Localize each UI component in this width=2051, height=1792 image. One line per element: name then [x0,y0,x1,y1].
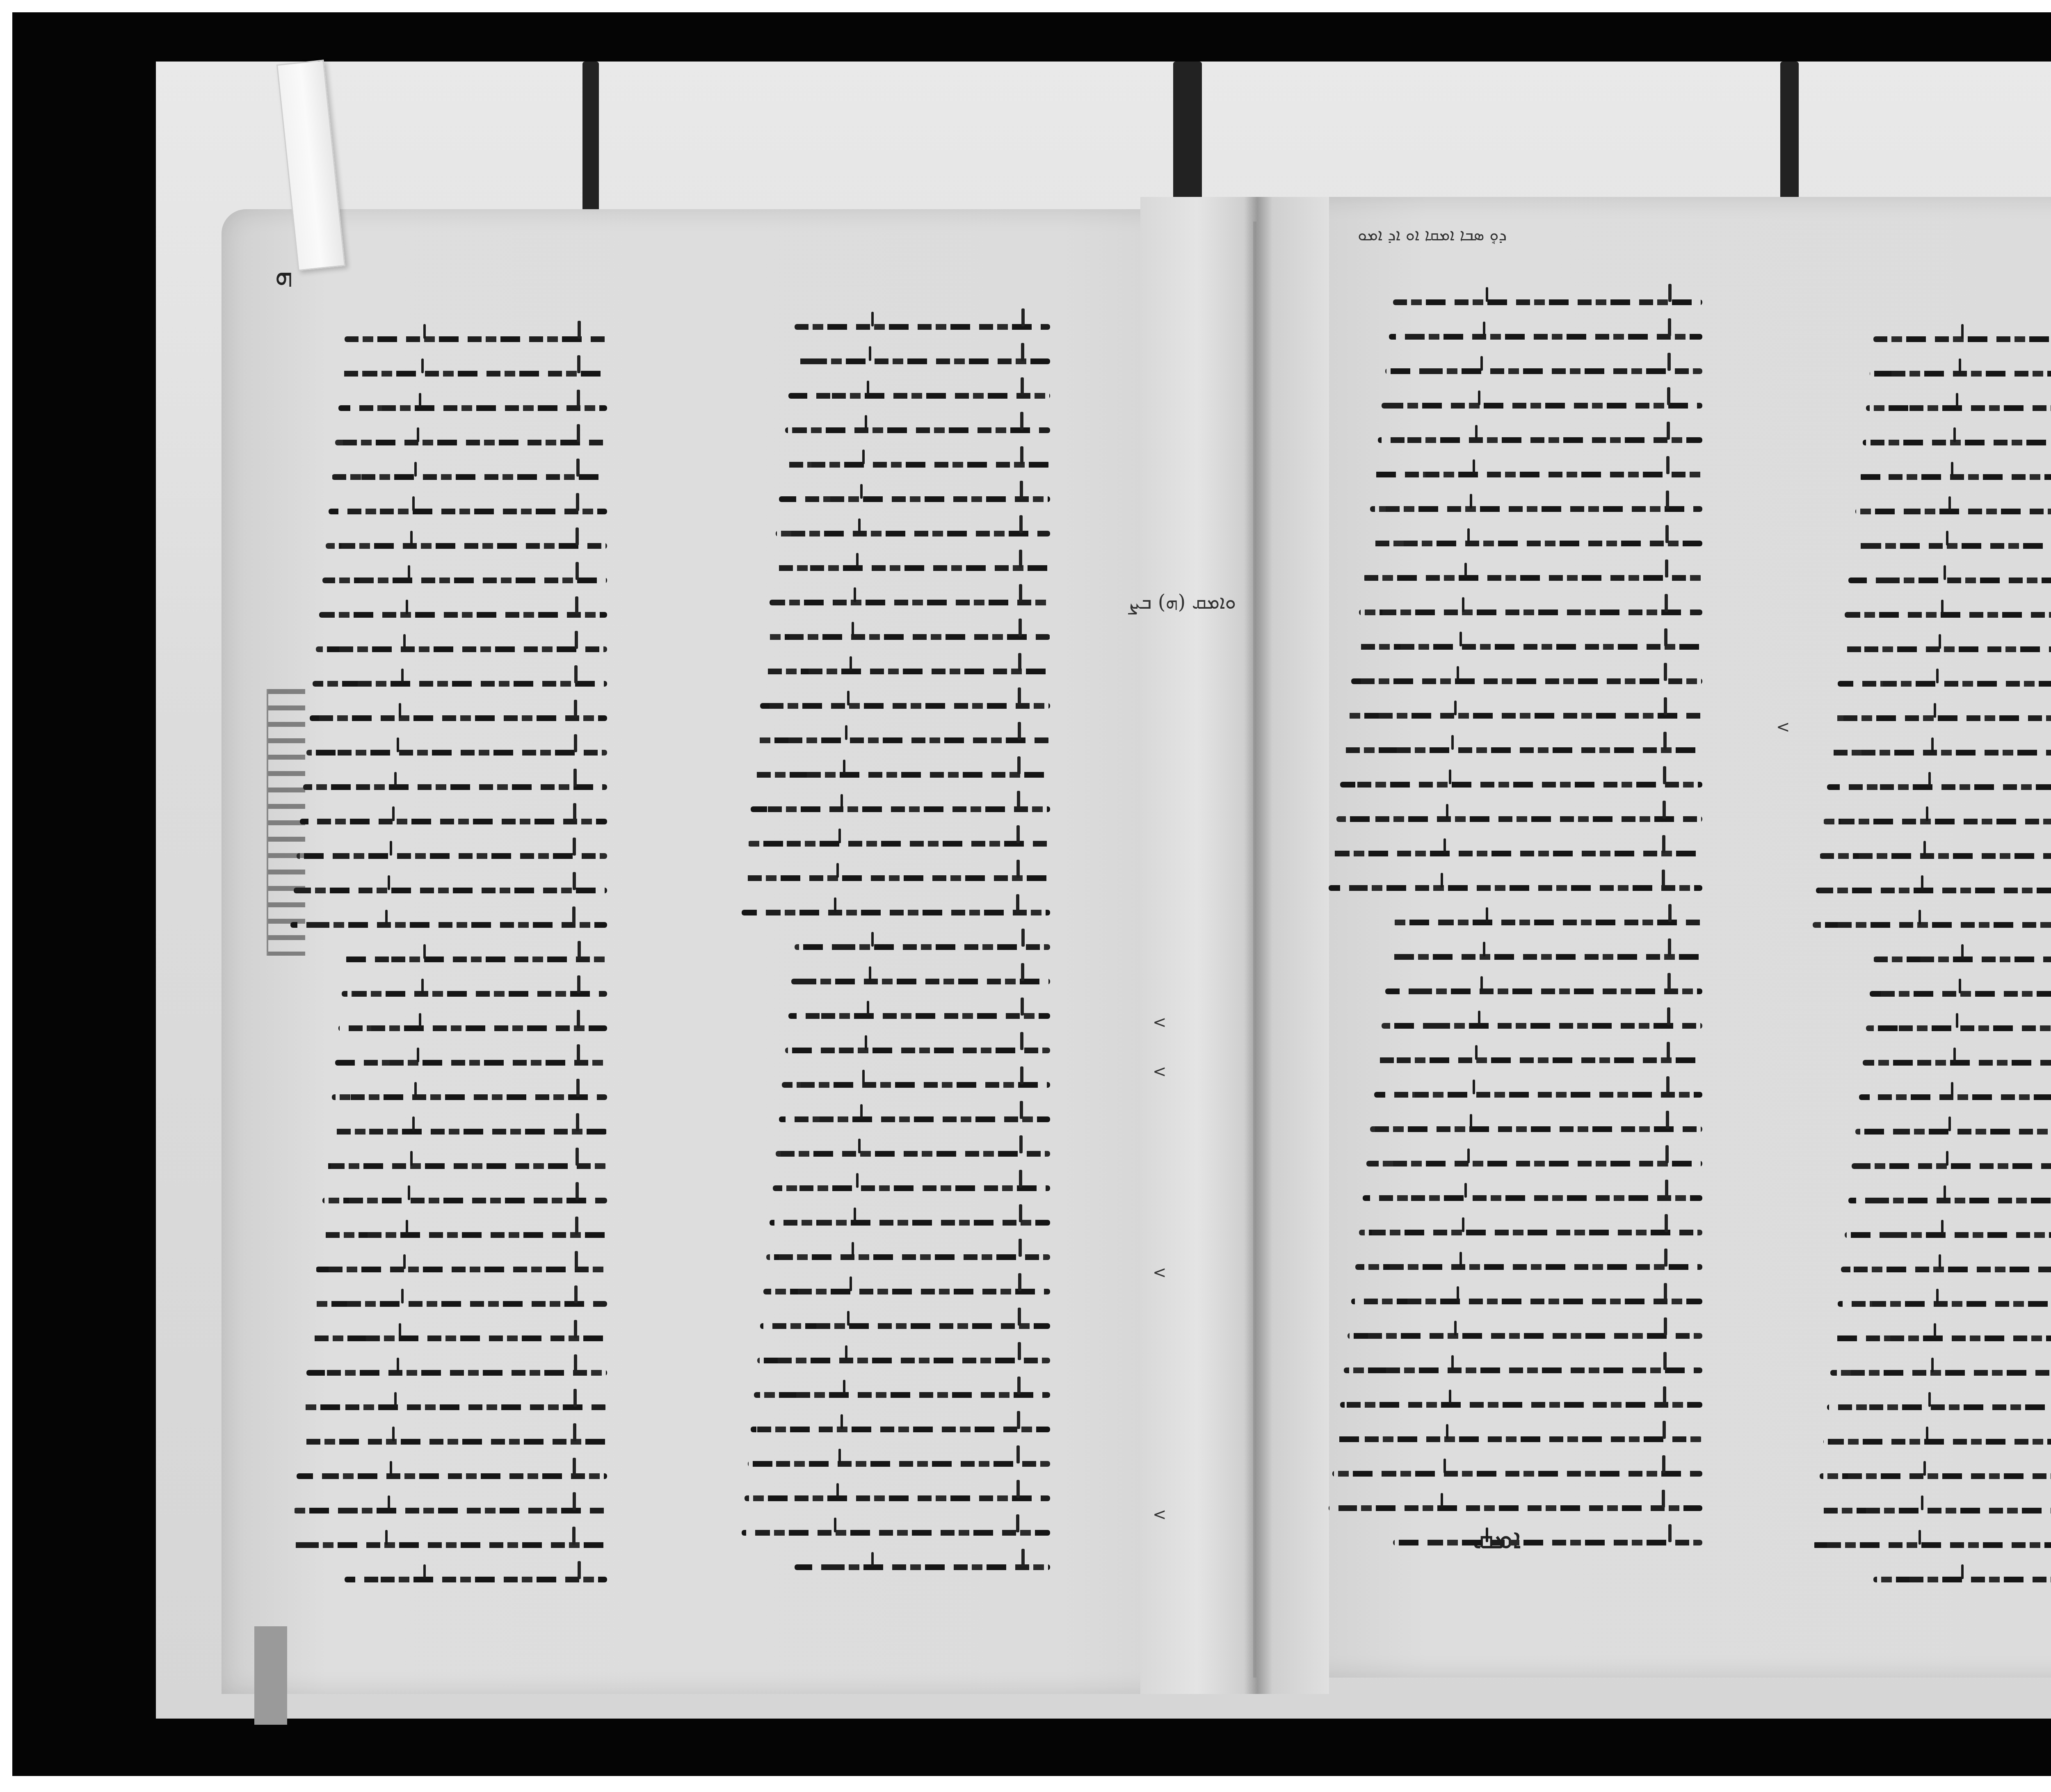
script-line [1370,1126,1702,1132]
script-line [1385,368,1702,374]
script-line [310,715,607,721]
script-line [1363,1195,1702,1201]
script-line [313,1301,607,1307]
script-line [1329,885,1702,891]
script-line [322,578,607,583]
script-line [342,991,607,997]
script-line [751,1427,1050,1432]
script-line [1389,334,1702,340]
script-line [300,1439,607,1445]
script-line [1348,1333,1702,1339]
script-line [795,324,1050,330]
script-line [754,1392,1050,1398]
script-line [1813,922,2051,928]
script-line [1870,991,2051,997]
script-line [788,393,1050,399]
script-line [310,1335,607,1341]
script-line [757,1358,1050,1363]
script-line [1827,1404,2051,1410]
script-line [1329,1505,1702,1511]
script-line [1366,541,1702,546]
script-line [751,806,1050,812]
marginal-chevron: < [1153,1062,1167,1081]
script-line [776,1151,1050,1157]
script-line [795,944,1050,950]
script-line [290,922,607,928]
left-folio-mark: ܗ [275,258,293,292]
script-line [763,669,1050,674]
script-line [1873,336,2051,342]
script-line [313,681,607,687]
script-line [1359,1230,1702,1235]
script-line [1366,1161,1702,1167]
script-line [779,1116,1050,1122]
script-line [1852,543,2051,549]
script-line [1385,988,1702,994]
script-line [332,474,607,480]
script-line [1863,440,2051,445]
script-line [1336,816,1702,822]
script-line [329,509,607,514]
text-column [1325,299,1702,1574]
script-line [748,1461,1050,1467]
script-line [1378,437,1702,443]
script-line [297,1473,607,1479]
script-line [1859,474,2051,480]
script-line [782,462,1050,468]
script-line [338,1025,607,1031]
script-line [1816,888,2051,893]
script-line [300,819,607,824]
script-line [303,784,607,790]
script-line [1348,713,1702,719]
script-line [1830,750,2051,756]
script-line [306,1370,607,1376]
script-line [345,956,607,962]
script-line [773,565,1050,571]
script-line [338,405,607,411]
left-margin-note: ܘܐܡܩ (ܗ) ܒܨ [1128,591,1236,614]
script-line [1841,1267,2051,1272]
script-line [306,750,607,756]
script-line [1813,1542,2051,1548]
script-line [1374,1092,1702,1098]
script-line [332,1094,607,1100]
script-line [316,1267,607,1272]
script-line [1827,784,2051,790]
script-line [1374,472,1702,477]
script-line [1370,506,1702,512]
script-line [335,440,607,445]
script-line [1340,782,1702,788]
script-line [290,1542,607,1548]
script-line [1873,1577,2051,1582]
script-line [1351,678,1702,684]
script-line [766,1254,1050,1260]
script-line [1845,612,2051,618]
script-line [1845,1232,2051,1238]
script-line [1834,715,2051,721]
marginal-chevron: < [1153,1013,1167,1032]
script-line [1830,1370,2051,1376]
script-line [770,600,1050,605]
script-line [1393,1540,1702,1545]
script-line [1866,405,2051,411]
script-line [319,612,607,618]
script-line [326,543,607,549]
text-column [1809,336,2051,1611]
marginal-chevron: < [1153,1505,1167,1524]
script-line [779,496,1050,502]
script-line [1866,1025,2051,1031]
script-line [319,1232,607,1238]
script-line [776,531,1050,536]
script-line [1848,1198,2051,1203]
bookmark-tab [254,1626,287,1725]
script-line [1359,610,1702,615]
script-line [760,703,1050,709]
script-line [791,979,1050,984]
script-line [1351,1299,1702,1304]
script-line [757,737,1050,743]
script-line [788,1013,1050,1019]
script-line [1332,851,1702,856]
script-line [1859,1094,2051,1100]
marginal-chevron: < [1153,1263,1167,1282]
script-line [1823,1439,2051,1445]
script-line [1340,1402,1702,1408]
script-line [1382,403,1702,409]
script-line [773,1185,1050,1191]
script-line [316,646,607,652]
script-line [795,1564,1050,1570]
gutter-crease [1253,221,1256,1678]
script-line [1363,575,1702,581]
script-line [1382,1023,1702,1029]
script-line [1838,681,2051,687]
photo-frame: ܗ ܘܐܡܩ (ܗ) ܒܨ ܕܘܱ ܣܒܐ ܐܡܩܐ ܐܘ ܐܕ ܐܡܘ ܐܡܩ… [12,12,2051,1776]
script-line [1344,1367,1702,1373]
script-line [1389,954,1702,960]
script-line [1841,646,2051,652]
script-line [745,1495,1050,1501]
script-line [335,1060,607,1066]
script-line [1873,956,2051,962]
script-line [1863,1060,2051,1066]
script-line [342,371,607,377]
script-line [345,336,607,342]
script-line [294,888,607,893]
script-line [1870,371,2051,377]
marginal-chevron: < [1776,718,1790,737]
script-line [326,1163,607,1169]
script-line [1816,1508,2051,1513]
script-line [303,1404,607,1410]
script-line [1852,1163,2051,1169]
script-line [322,1198,607,1203]
script-line [1820,1473,2051,1479]
script-line [791,358,1050,364]
script-line [748,841,1050,847]
script-line [760,1323,1050,1329]
script-line [1855,1129,2051,1135]
script-line [770,1220,1050,1226]
script-line [1838,1301,2051,1307]
script-line [742,1530,1050,1536]
script-line [1378,1057,1702,1063]
script-line [329,1129,607,1135]
script-line [1332,1471,1702,1477]
script-line [782,1082,1050,1088]
script-line [754,772,1050,778]
script-line [1855,509,2051,514]
text-column [738,324,1050,1599]
script-line [1355,1264,1702,1270]
script-line [745,875,1050,881]
book-gutter [1140,197,1329,1694]
script-line [1355,644,1702,650]
script-line [766,634,1050,640]
script-line [1393,920,1702,925]
script-line [1393,299,1702,305]
script-line [1848,578,2051,583]
script-line [345,1577,607,1582]
script-line [785,427,1050,433]
script-line [1344,747,1702,753]
script-line [742,910,1050,915]
script-line [1823,819,2051,824]
script-line [785,1048,1050,1053]
script-line [763,1289,1050,1294]
script-line [1820,853,2051,859]
script-line [294,1508,607,1513]
right-header-note: ܕܘܱ ܣܒܐ ܐܡܩܐ ܐܘ ܐܕ ܐܡܘ [1358,226,1507,244]
script-line [1834,1335,2051,1341]
text-column [287,336,607,1611]
script-line [297,853,607,859]
script-line [1336,1436,1702,1442]
